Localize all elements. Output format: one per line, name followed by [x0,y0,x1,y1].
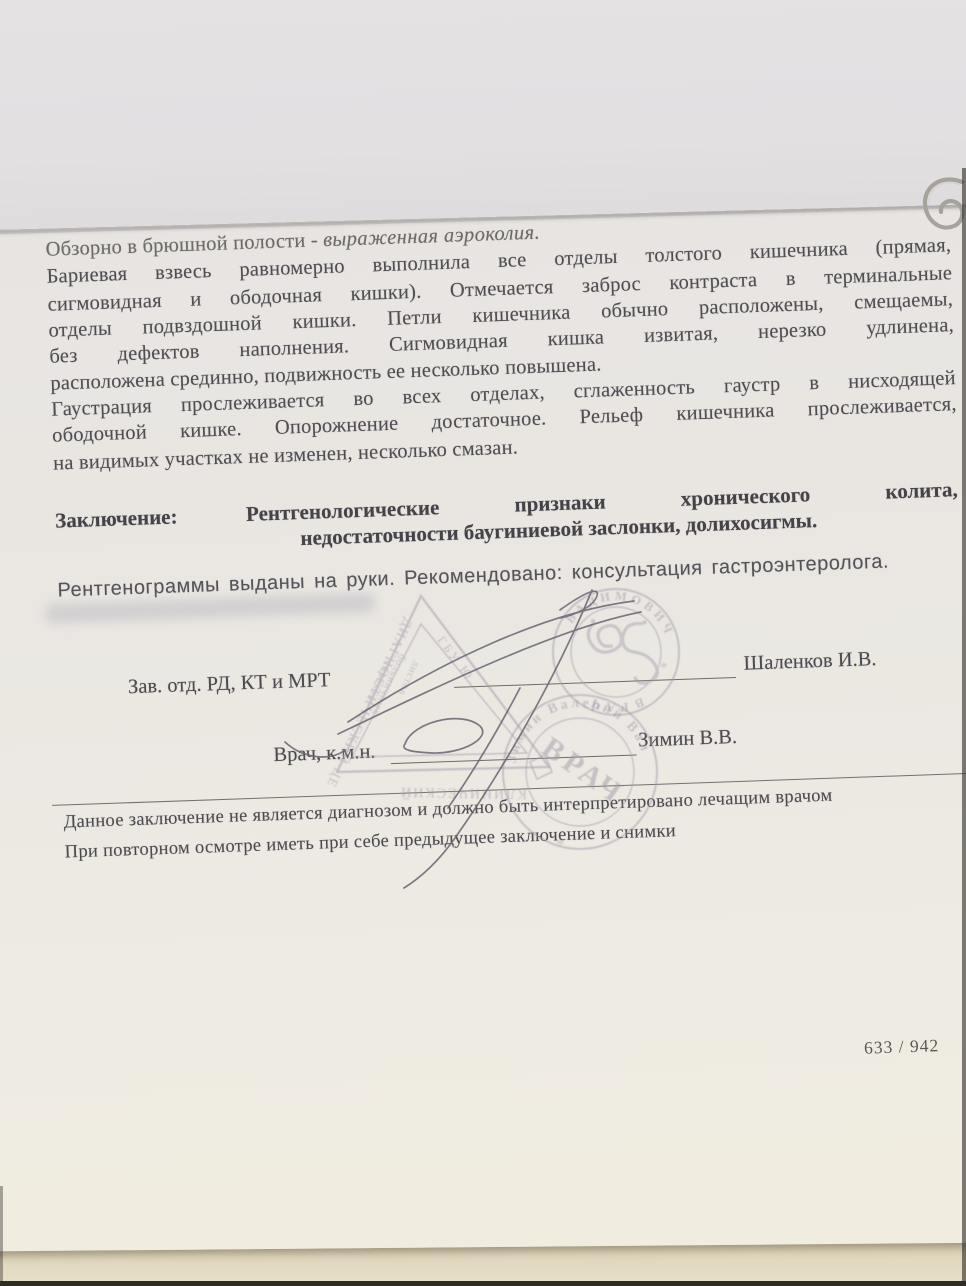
photo-edge-shadow-left [0,1186,3,1286]
page-number: 633 / 942 [864,1035,940,1059]
photo-of-medical-report: Обзорно в брюшной полости - выраженная а… [0,0,966,1286]
signature-row2-name: Зимин В.В. [638,726,738,752]
signature-row2-line [391,754,637,764]
signature-row1-label: Зав. отд. РД, КТ и МРТ [128,669,331,699]
issued-recommendation-line: Рентгенограммы выданы на руки. Рекомендо… [57,551,889,603]
signature-row2-label: Врач, к.м.н. [273,741,376,768]
disclaimer-line-1: Данное заключение не является диагнозом … [63,786,832,834]
photo-edge-shadow-bottom [0,1281,966,1286]
report-body: Обзорно в брюшной полости - выраженная а… [40,198,966,1229]
conclusion-label: Заключение: [55,504,178,533]
signature-row1-name: Шаленков И.В. [743,648,877,676]
blank-top-sheet [0,0,966,230]
paper-clip-icon [918,176,966,240]
photo-edge-shadow-right [962,168,966,1286]
signature-row1-line [454,677,736,688]
